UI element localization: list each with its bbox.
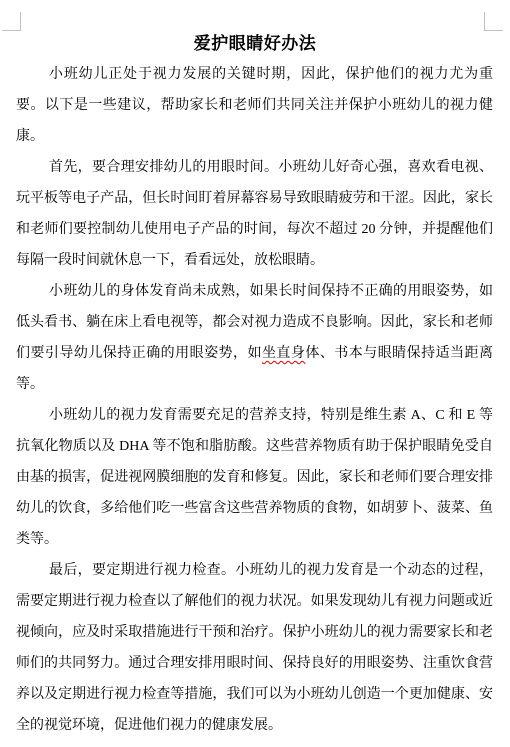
text-boundary-mark-top-right — [484, 12, 503, 31]
paragraph-screen-time: 首先，要合理安排幼儿的用眼时间。小班幼儿好奇心强，喜欢看电视、玩平板等电子产品，… — [16, 152, 493, 276]
spellcheck-flagged-text: 坐直身 — [262, 346, 305, 361]
paragraph-posture: 小班幼儿的身体发育尚未成熟，如果长时间保持不正确的用眼姿势，如低头看书、躺在床上… — [16, 276, 493, 400]
document-page[interactable]: 爱护眼睛好办法 小班幼儿正处于视力发展的关键时期，因此，保护他们的视力尤为重要。… — [0, 0, 510, 747]
paragraph-intro: 小班幼儿正处于视力发展的关键时期，因此，保护他们的视力尤为重要。以下是一些建议，… — [16, 59, 493, 152]
document-title: 爱护眼睛好办法 — [0, 34, 510, 54]
paragraph-checkups-conclusion: 最后，要定期进行视力检查。小班幼儿的视力发育是一个动态的过程，需要定期进行视力检… — [16, 555, 493, 741]
paragraph-nutrition: 小班幼儿的视力发育需要充足的营养支持，特别是维生素 A、C 和 E 等抗氧化物质… — [16, 400, 493, 555]
text-boundary-mark-top-left — [2, 12, 21, 31]
document-text-area[interactable]: 小班幼儿正处于视力发展的关键时期，因此，保护他们的视力尤为重要。以下是一些建议，… — [0, 59, 510, 741]
